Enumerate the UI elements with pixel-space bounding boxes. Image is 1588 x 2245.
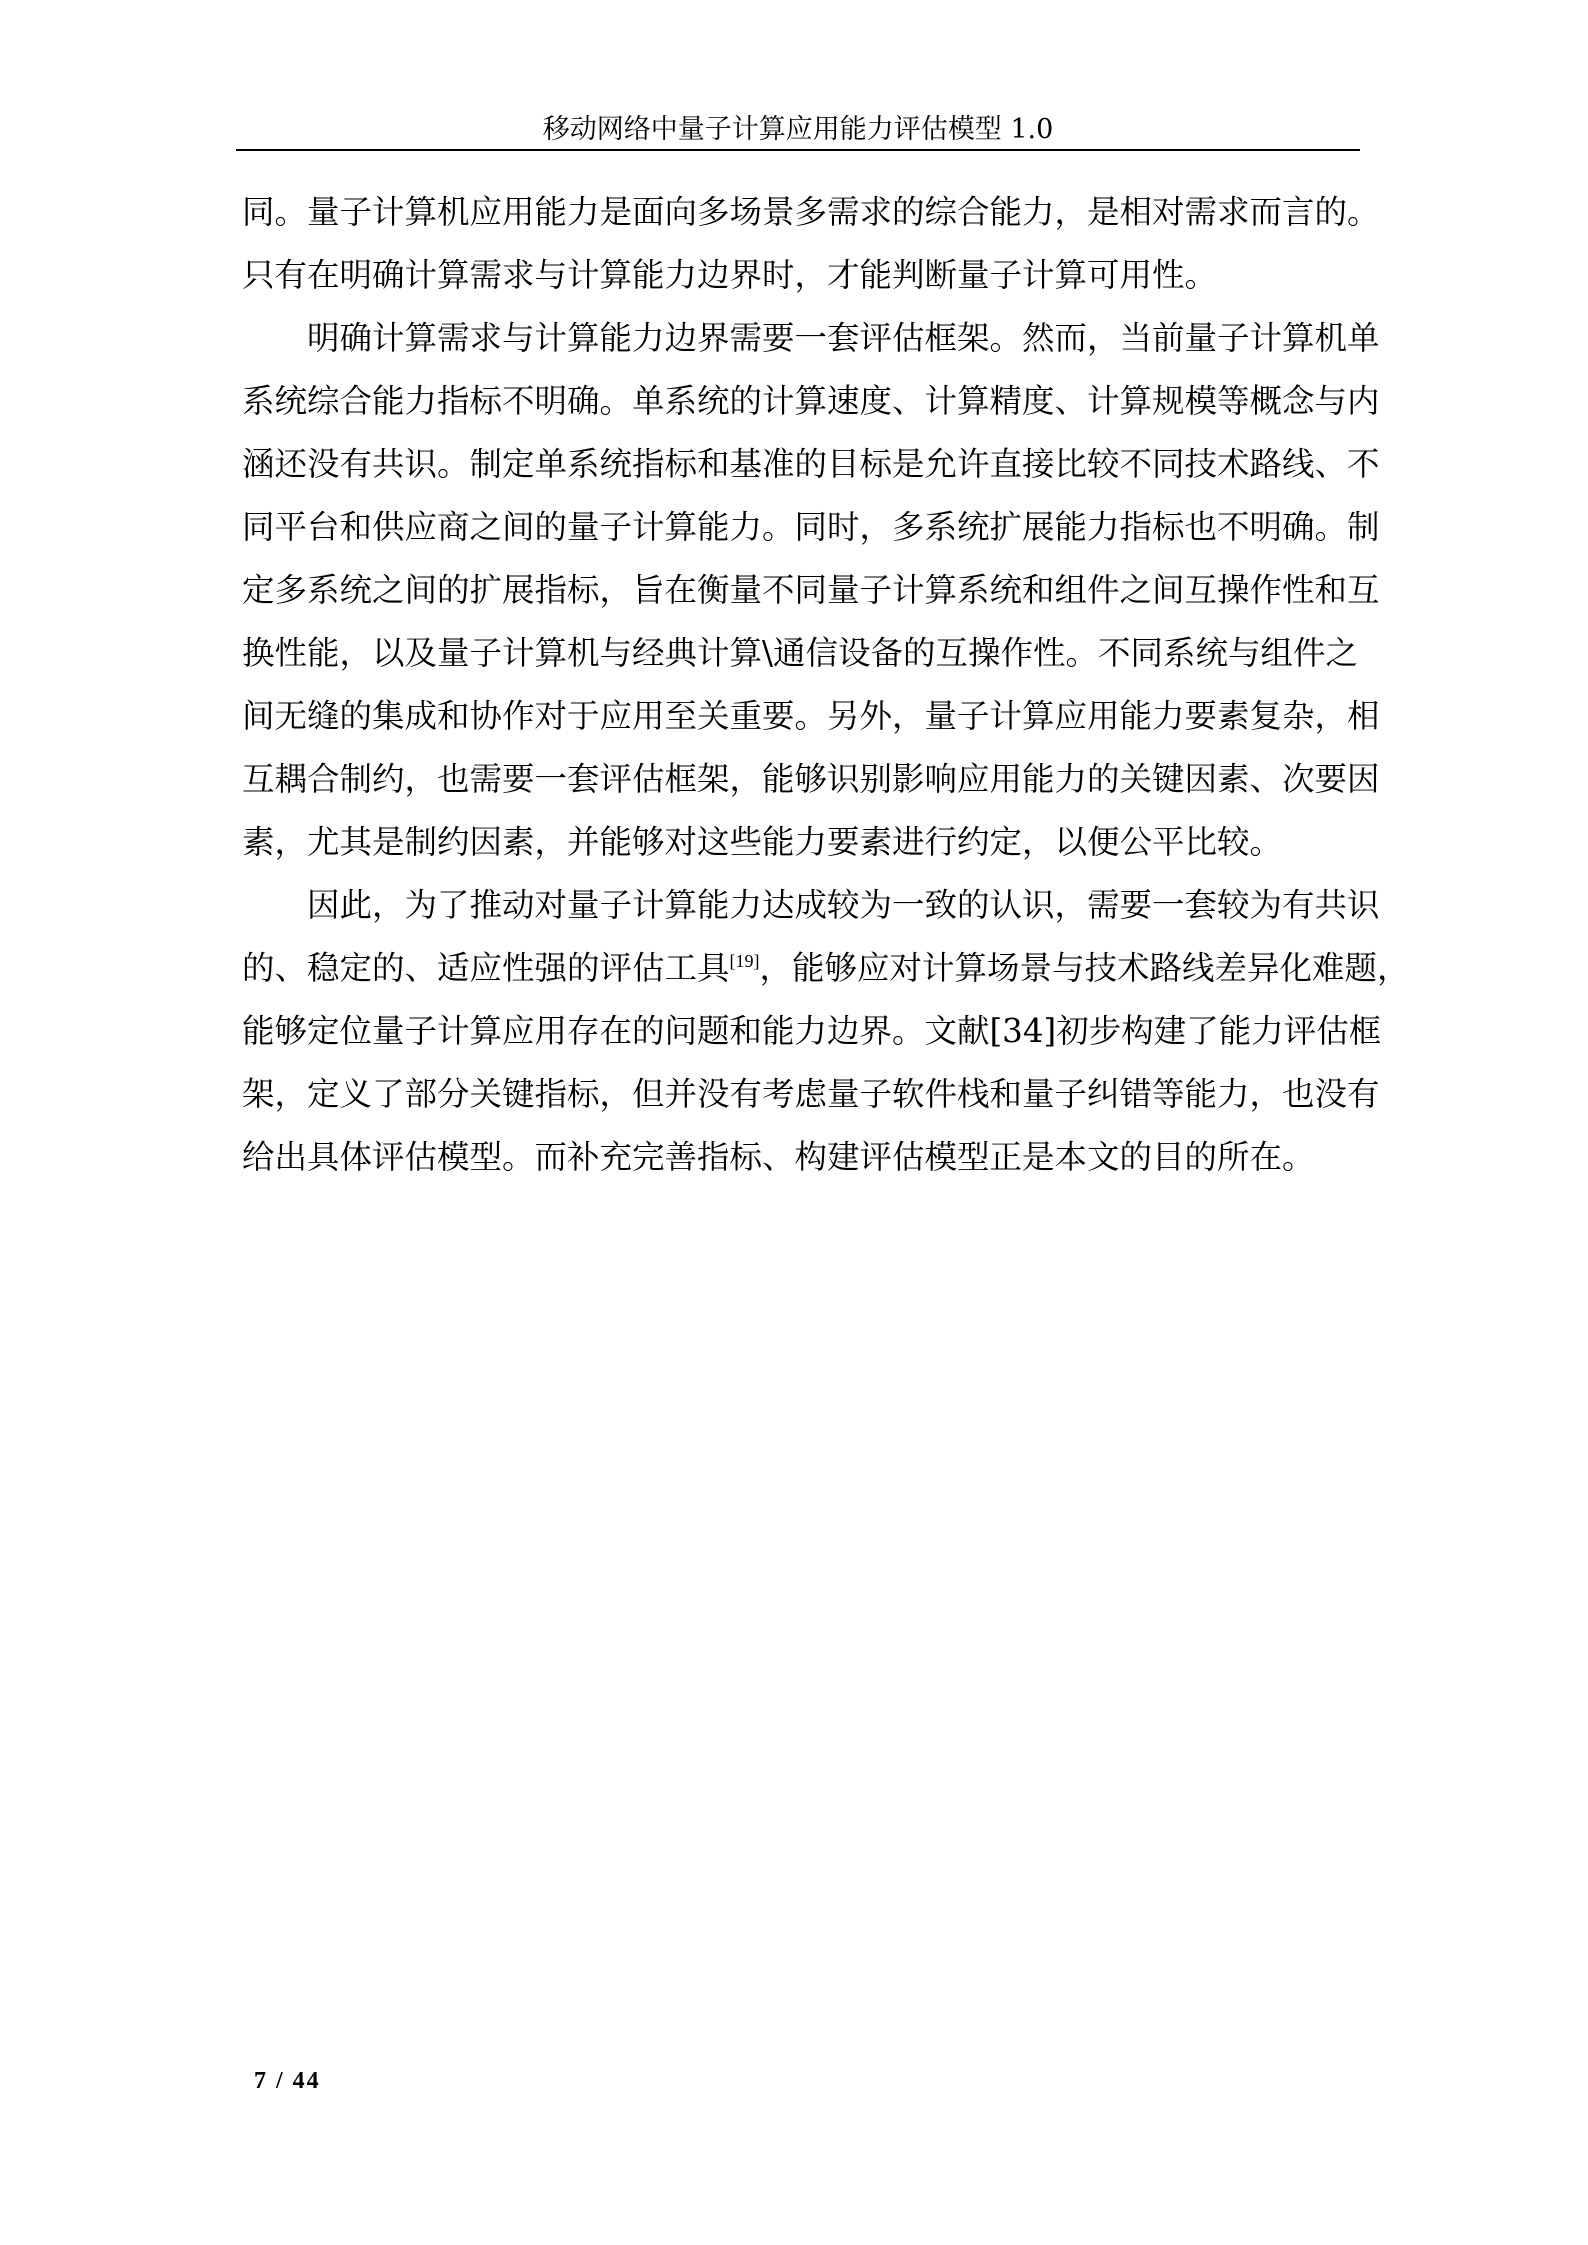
paragraph-line: 同。量子计算机应用能力是面向多场景多需求的综合能力，是相对需求而言的。: [242, 192, 1355, 232]
paragraph-line: 涵还没有共识。制定单系统指标和基准的目标是允许直接比较不同技术路线、不: [242, 444, 1355, 484]
paragraph-line: 的、稳定的、适应性强的评估工具[19]，能够应对计算场景与技术路线差异化难题，: [242, 948, 1355, 988]
paragraph-line: 同平台和供应商之间的量子计算能力。同时，多系统扩展能力指标也不明确。制: [242, 507, 1355, 547]
paragraph-line: 架，定义了部分关键指标，但并没有考虑量子软件栈和量子纠错等能力，也没有: [242, 1074, 1355, 1114]
line-text: ，能够应对计算场景与技术路线差异化难题，: [760, 949, 1410, 987]
paragraph-line: 明确计算需求与计算能力边界需要一套评估框架。然而，当前量子计算机单: [307, 318, 1355, 358]
running-header-title: 移动网络中量子计算应用能力评估模型 1.0: [236, 112, 1360, 148]
page-number: 7 / 44: [254, 2068, 321, 2095]
citation-ref[interactable]: [19]: [730, 951, 760, 971]
paragraph-line: 给出具体评估模型。而补充完善指标、构建评估模型正是本文的目的所在。: [242, 1137, 1315, 1177]
paragraph-line: 素，尤其是制约因素，并能够对这些能力要素进行约定，以便公平比较。: [242, 822, 1282, 862]
paragraph-line: 互耦合制约，也需要一套评估框架，能够识别影响应用能力的关键因素、次要因: [242, 759, 1355, 799]
paragraph-line: 定多系统之间的扩展指标，旨在衡量不同量子计算系统和组件之间互操作性和互: [242, 570, 1355, 610]
paragraph-line: 换性能，以及量子计算机与经典计算\通信设备的互操作性。不同系统与组件之: [242, 633, 1355, 673]
paragraph-line: 能够定位量子计算应用存在的问题和能力边界。文献[34]初步构建了能力评估框: [242, 1011, 1355, 1051]
paragraph-line: 间无缝的集成和协作对于应用至关重要。另外，量子计算应用能力要素复杂，相: [242, 696, 1355, 736]
paragraph-line: 因此，为了推动对量子计算能力达成较为一致的认识，需要一套较为有共识: [307, 885, 1355, 925]
paragraph-line: 系统综合能力指标不明确。单系统的计算速度、计算精度、计算规模等概念与内: [242, 381, 1355, 421]
line-text: 的、稳定的、适应性强的评估工具: [242, 949, 730, 987]
header-divider: [236, 149, 1360, 151]
paragraph-line: 只有在明确计算需求与计算能力边界时，才能判断量子计算可用性。: [242, 255, 1217, 295]
